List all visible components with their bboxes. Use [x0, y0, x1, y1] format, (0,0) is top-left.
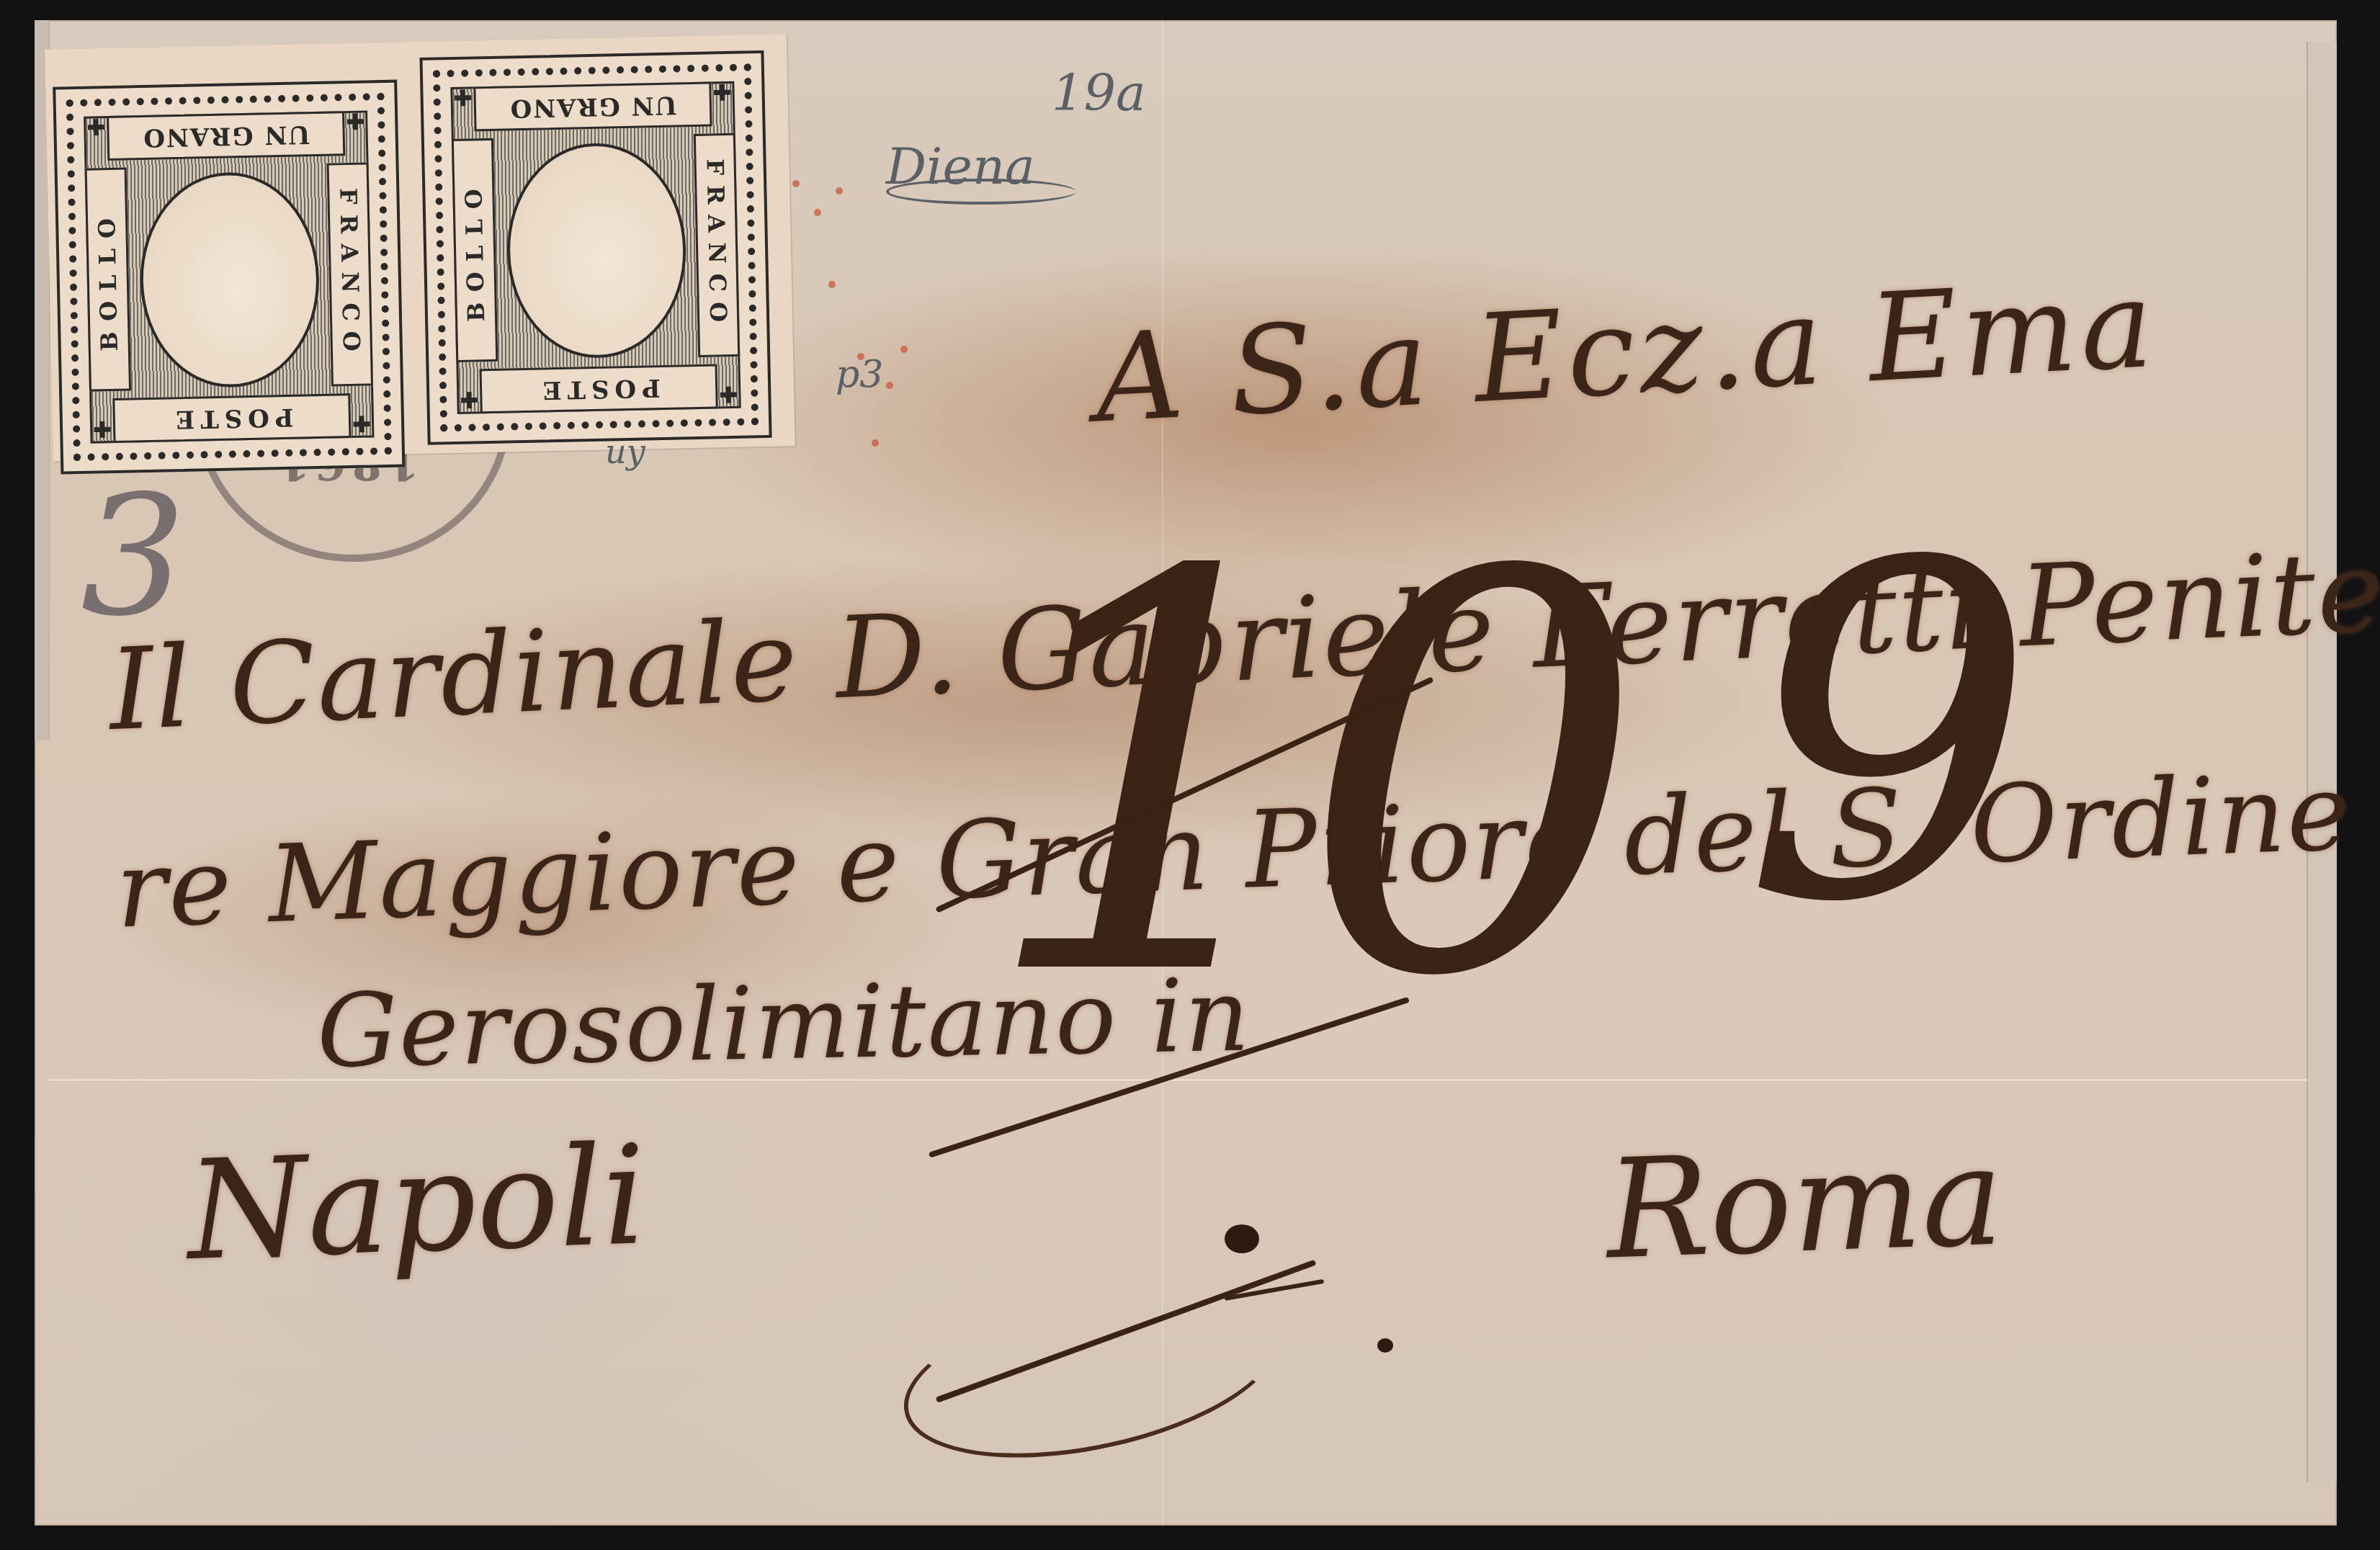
destination-city: Roma [1603, 1116, 2005, 1289]
stamp-franco-band: FRANCO [327, 162, 373, 386]
stamp-franco-band: FRANCO [694, 133, 740, 357]
cross-icon: ✚ [452, 88, 474, 110]
cross-icon: ✚ [717, 385, 740, 408]
stamp-franco-label: FRANCO [334, 187, 365, 361]
struck-rate-mark: 10 [980, 504, 1619, 1052]
cross-icon: ✚ [344, 112, 367, 135]
stamp-poste-label: POSTE [112, 393, 351, 443]
cross-icon: ✚ [91, 420, 114, 442]
stamp-left: UN GRANO POSTE BOLLO FRANCO ✚ ✚ ✚ ✚ [53, 80, 405, 475]
stamp-bollo-label: BOLLO [93, 208, 123, 351]
stamp-bollo-label: BOLLO [460, 179, 490, 322]
cross-icon: ✚ [711, 83, 733, 105]
stamp-poste-label: POSTE [480, 364, 718, 413]
pencil-expert-signature: Diena [886, 137, 1035, 196]
stamp-value-label: UN GRANO [473, 81, 712, 131]
ink-blot [1225, 1224, 1259, 1253]
stamp-value-label: UN GRANO [107, 111, 345, 161]
cross-icon: ✚ [351, 414, 373, 436]
stamp-bollo-band: BOLLO [85, 168, 131, 392]
postage-due-mark: 9 [1743, 504, 2036, 965]
origin-city: Napoli [184, 1116, 648, 1291]
stamp-bollo-band: BOLLO [452, 138, 498, 362]
stamp-franco-label: FRANCO [701, 158, 732, 332]
pencil-catalog-number: 19a [1052, 63, 1146, 122]
cross-icon: ✚ [458, 390, 480, 413]
red-ink-speckles [785, 166, 929, 454]
pencil-p3-mark: p3 [836, 353, 883, 396]
pencil-small-mark: uy [605, 432, 645, 471]
stamp-right: UN GRANO POSTE BOLLO FRANCO ✚ ✚ ✚ ✚ [419, 50, 771, 445]
stamp-pair: UN GRANO POSTE BOLLO FRANCO ✚ ✚ ✚ ✚ UN G… [45, 34, 795, 461]
ink-blot [1377, 1338, 1393, 1353]
cross-icon: ✚ [85, 117, 107, 140]
